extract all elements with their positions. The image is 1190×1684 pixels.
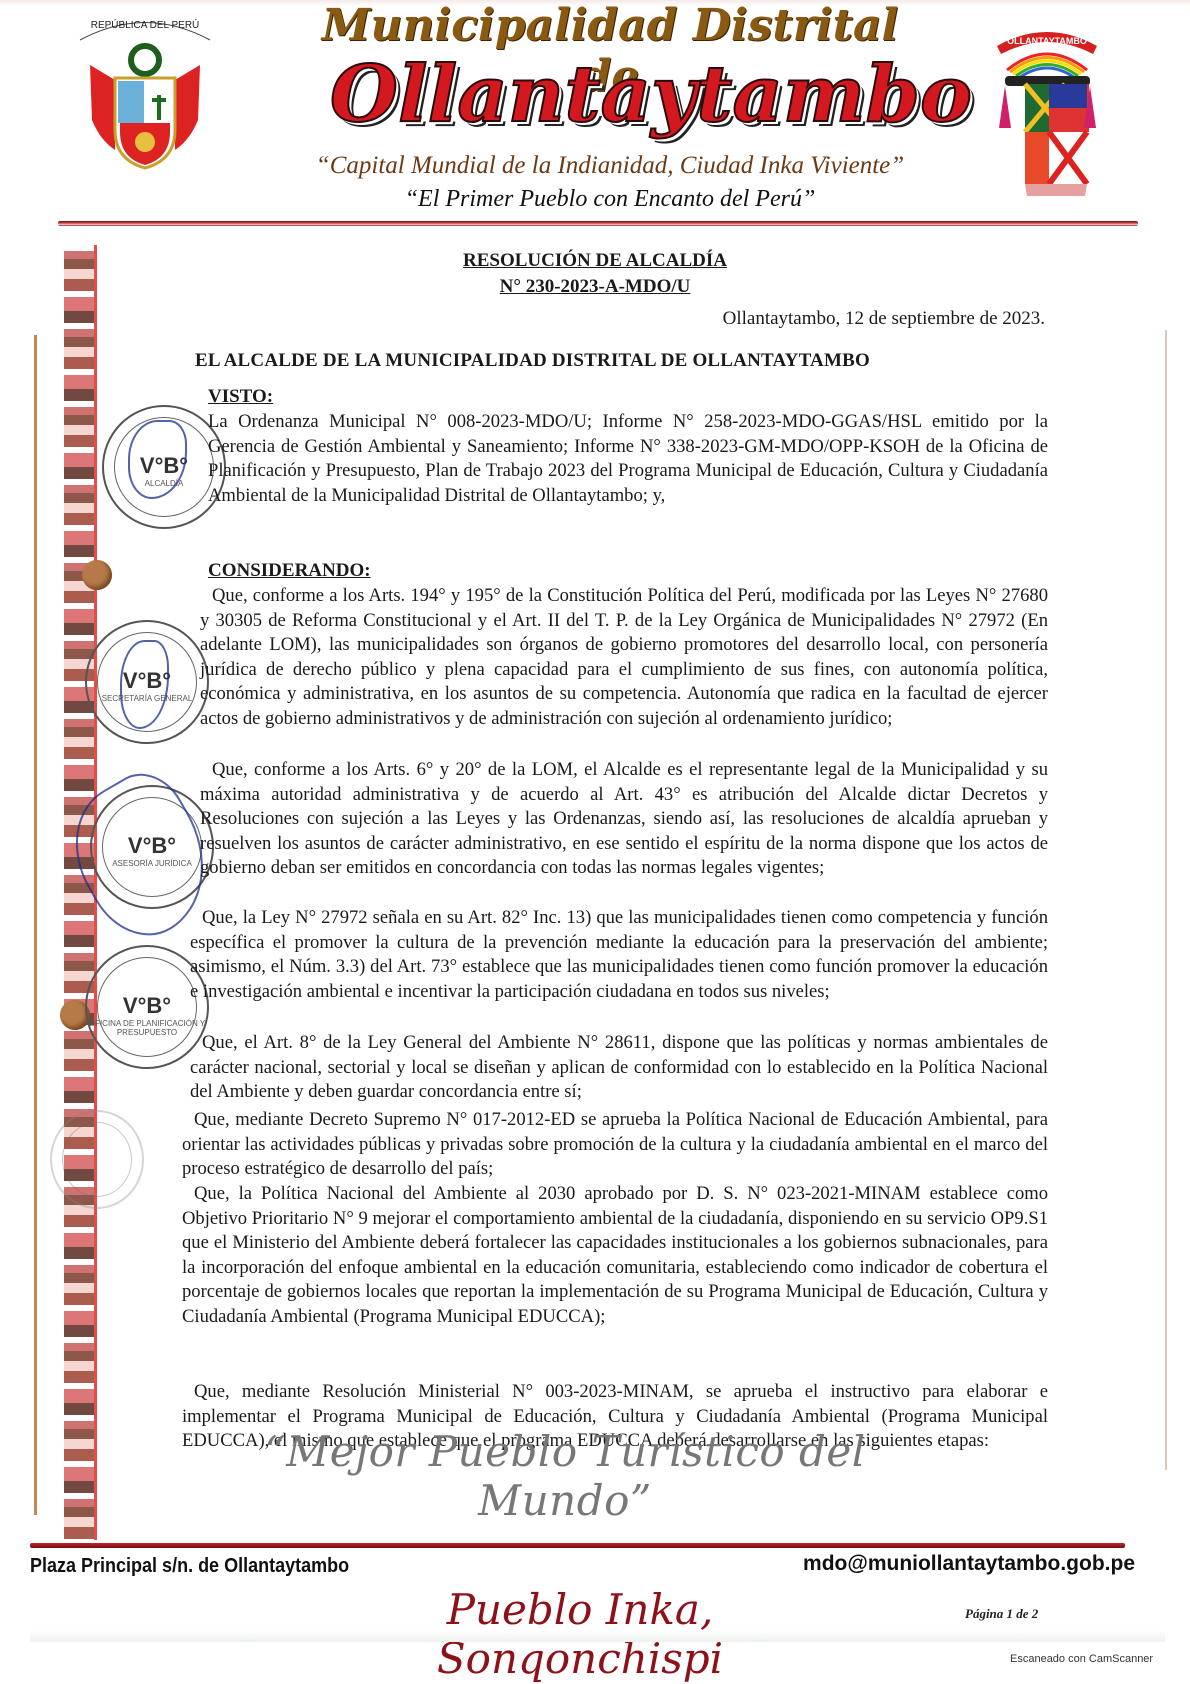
visto-title: VISTO: (208, 386, 273, 408)
place-date: Ollantaytambo, 12 de septiembre de 2023. (600, 308, 1045, 330)
resolution-title: RESOLUCIÓN DE ALCALDÍA (430, 248, 760, 274)
faded-stamp (50, 1110, 144, 1209)
page-number: Página 1 de 2 (965, 1606, 1038, 1622)
footer-divider (30, 1543, 1125, 1548)
page-edge-shadow (34, 335, 37, 1515)
visto-text: La Ordenanza Municipal N° 008-2023-MDO/U… (208, 410, 1048, 508)
considerando-paragraph: Que, conforme a los Arts. 6° y 20° de la… (200, 758, 1048, 881)
peru-coat-of-arms-icon: REPÚBLICA DEL PERÚ (70, 10, 220, 175)
considerando-title: CONSIDERANDO: (208, 560, 371, 582)
footer-email[interactable]: mdo@muniollantaytambo.gob.pe (790, 1552, 1135, 1576)
considerando-paragraph: Que, mediante Decreto Supremo N° 017-201… (182, 1108, 1048, 1182)
considerando-paragraph: Que, la Política Nacional del Ambiente a… (182, 1182, 1048, 1330)
svg-text:REPÚBLICA DEL PERÚ: REPÚBLICA DEL PERÚ (91, 18, 200, 31)
considerando-paragraph: Que, conforme a los Arts. 194° y 195° de… (200, 584, 1048, 732)
header-divider (58, 221, 1138, 226)
motto-capital: “Capital Mundial de la Indianidad, Ciuda… (250, 152, 970, 180)
resolution-number: N° 230-2023-A-MDO/U (430, 274, 760, 300)
scan-bottom-edge (30, 1630, 1165, 1642)
punch-hole-1 (82, 560, 112, 590)
svg-text:OLLANTAYTAMBO: OLLANTAYTAMBO (1007, 36, 1087, 46)
ollantaytambo-shield-icon: OLLANTAYTAMBO (985, 18, 1110, 198)
page-right-edge (1165, 330, 1167, 1470)
footer-address: Plaza Principal s/n. de Ollantaytambo (30, 1555, 349, 1578)
motto-primer-pueblo: “El Primer Pueblo con Encanto del Perú” (300, 186, 920, 213)
considerando-paragraph: Que, el Art. 8° de la Ley General del Am… (190, 1031, 1048, 1105)
issuing-authority: EL ALCALDE DE LA MUNICIPALIDAD DISTRITAL… (195, 350, 1045, 372)
visto-section: VISTO: (208, 386, 273, 408)
resolution-heading: RESOLUCIÓN DE ALCALDÍA N° 230-2023-A-MDO… (430, 248, 760, 300)
footer-slogan: “Mejor Pueblo Turístico del Mundo” (190, 1427, 940, 1525)
considerando-paragraph: Que, la Ley N° 27972 señala en su Art. 8… (190, 906, 1048, 1004)
municipality-name: Ollantaytambo (330, 50, 890, 140)
scanner-watermark: Escaneado con CamScanner (1010, 1653, 1153, 1665)
